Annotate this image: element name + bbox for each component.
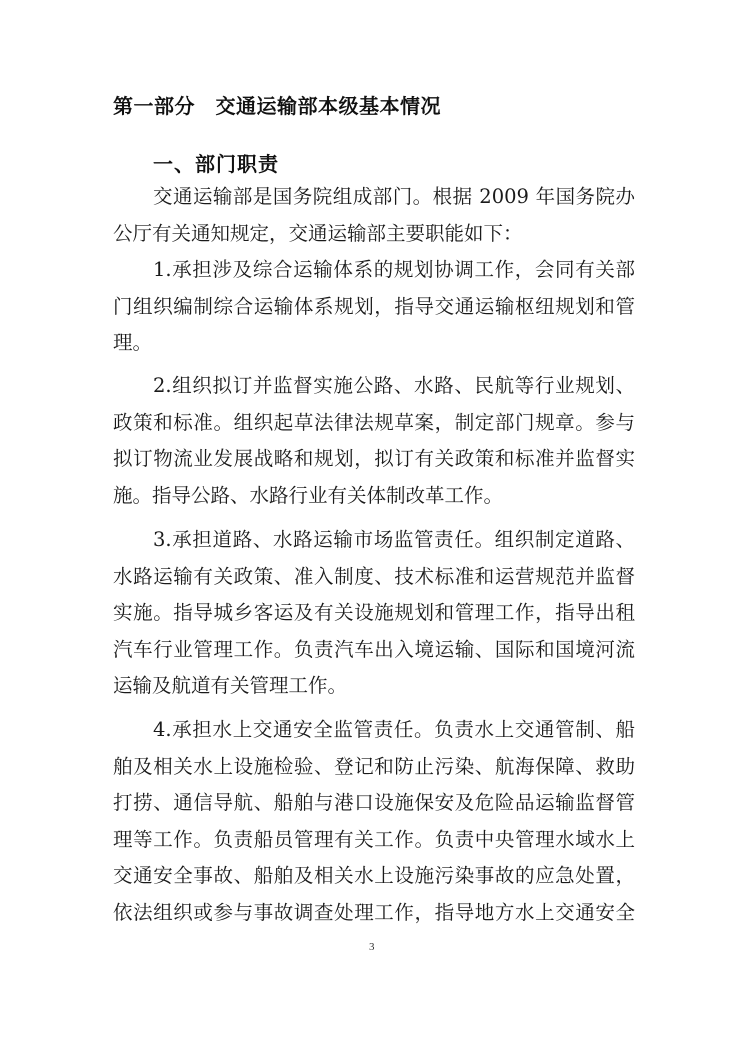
- paragraph-duty-2: 2.组织拟订并监督实施公路、水路、民航等行业规划、 政策和标准。组织起草法律法规…: [113, 368, 635, 514]
- text-line: 汽车行业管理工作。负责汽车出入境运输、国际和国境河流: [113, 632, 635, 669]
- text-line: 4.承担水上交通安全监管责任。负责水上交通管制、船: [113, 712, 635, 749]
- text-line: 交通运输部是国务院组成部门。根据 2009 年国务院办: [113, 179, 635, 216]
- paragraph-duty-4: 4.承担水上交通安全监管责任。负责水上交通管制、船 舶及相关水上设施检验、登记和…: [113, 712, 635, 931]
- paragraph-duty-1: 1.承担涉及综合运输体系的规划协调工作，会同有关部 门组织编制综合运输体系规划，…: [113, 252, 635, 362]
- text-line: 实施。指导城乡客运及有关设施规划和管理工作，指导出租: [113, 595, 635, 632]
- text-line: 门组织编制综合运输体系规划，指导交通运输枢纽规划和管: [113, 289, 635, 326]
- paragraph-duty-3: 3.承担道路、水路运输市场监管责任。组织制定道路、 水路运输有关政策、准入制度、…: [113, 522, 635, 705]
- text-line: 舶及相关水上设施检验、登记和防止污染、航海保障、救助: [113, 749, 635, 786]
- text-line: 政策和标准。组织起草法律法规草案，制定部门规章。参与: [113, 405, 635, 442]
- part-title: 第一部分 交通运输部本级基本情况: [113, 90, 441, 119]
- text-line: 依法组织或参与事故调查处理工作，指导地方水上交通安全: [113, 895, 635, 932]
- text-line: 交通安全事故、船舶及相关水上设施污染事故的应急处置，: [113, 858, 635, 895]
- text-line: 1.承担涉及综合运输体系的规划协调工作，会同有关部: [113, 252, 635, 289]
- text-line: 施。指导公路、水路行业有关体制改革工作。: [113, 478, 635, 515]
- text-line: 2.组织拟订并监督实施公路、水路、民航等行业规划、: [113, 368, 635, 405]
- section-heading: 一、部门职责: [153, 148, 279, 177]
- text-line: 3.承担道路、水路运输市场监管责任。组织制定道路、: [113, 522, 635, 559]
- text-line: 打捞、通信导航、船舶与港口设施保安及危险品运输监督管: [113, 785, 635, 822]
- text-line: 运输及航道有关管理工作。: [113, 668, 635, 705]
- text-line: 拟订物流业发展战略和规划，拟订有关政策和标准并监督实: [113, 441, 635, 478]
- text-line: 理。: [113, 325, 635, 362]
- paragraph-intro: 交通运输部是国务院组成部门。根据 2009 年国务院办 公厅有关通知规定，交通运…: [113, 179, 635, 252]
- page-number: 3: [369, 941, 375, 953]
- text-line: 理等工作。负责船员管理有关工作。负责中央管理水域水上: [113, 822, 635, 859]
- text-line: 公厅有关通知规定，交通运输部主要职能如下：: [113, 216, 635, 253]
- document-page: 第一部分 交通运输部本级基本情况 一、部门职责 交通运输部是国务院组成部门。根据…: [0, 0, 750, 1060]
- text-line: 水路运输有关政策、准入制度、技术标准和运营规范并监督: [113, 559, 635, 596]
